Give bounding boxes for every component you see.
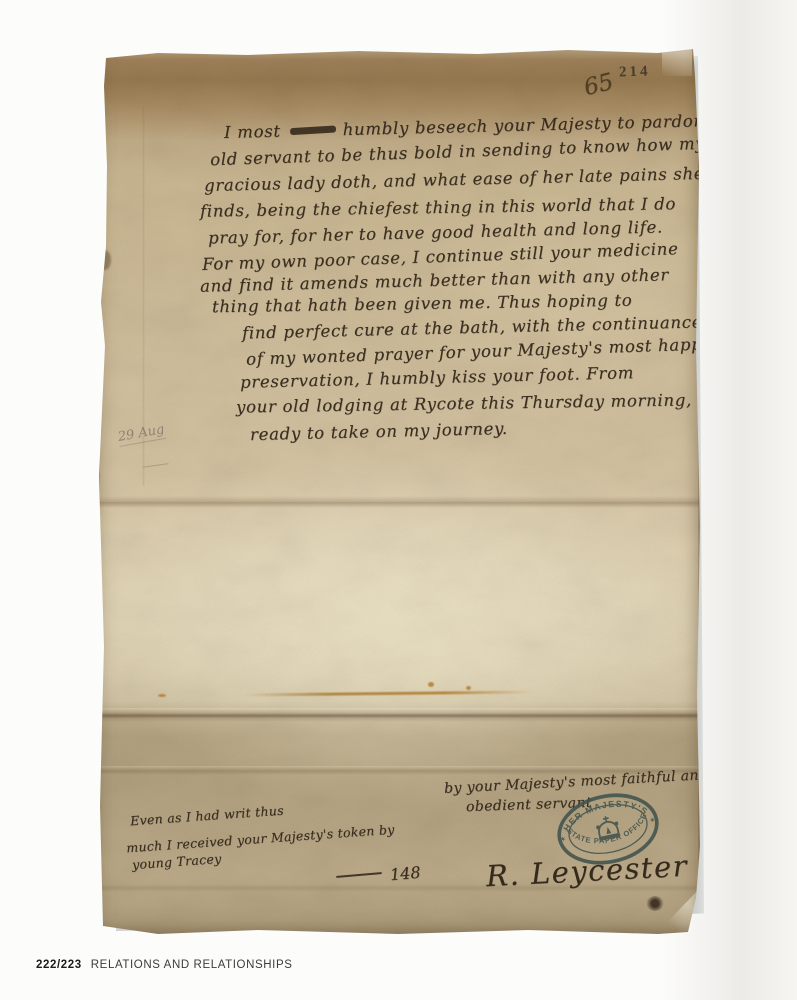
postscript-line: much I received your Majesty's token by — [126, 822, 395, 856]
rust-spot — [466, 686, 471, 690]
strikethrough-blot — [290, 125, 336, 135]
page-footer: 222/223RELATIONS AND RELATIONSHIPS — [36, 959, 293, 971]
rust-stain-streak — [243, 690, 533, 696]
letter-line: your old lodging at Rycote this Thursday… — [236, 390, 692, 416]
letter-line-rest: humbly beseech your Majesty to pardon yo… — [342, 109, 797, 139]
pencil-faint-mark — [141, 454, 168, 468]
letter-line: thing that hath been given me. Thus hopi… — [212, 291, 633, 317]
ink-stain — [646, 896, 664, 911]
edge-damage — [98, 250, 111, 270]
fold-crease-upper — [98, 496, 700, 508]
archival-number-stamp: 214 — [619, 63, 651, 81]
archival-number-ink: 65 — [581, 69, 616, 101]
letter-line-start: I most — [224, 122, 281, 142]
ink-dash — [336, 872, 382, 878]
postscript-line: Even as I had writ thus — [130, 803, 285, 829]
manuscript-letter-photo: 65 214 I mosthumbly beseech your Majesty… — [98, 46, 700, 936]
footer-page-numbers: 222/223 — [36, 959, 82, 971]
letter-line: finds, being the chiefest thing in this … — [200, 194, 676, 220]
letter-line: gracious lady doth, and what ease of her… — [204, 164, 705, 195]
fold-crease-lower — [98, 708, 700, 722]
rust-spot — [158, 694, 166, 697]
footer-section-title: RELATIONS AND RELATIONSHIPS — [91, 959, 293, 971]
star-separator-icon: ✶ — [559, 834, 567, 844]
folio-number: 148 — [389, 863, 421, 885]
rust-spot — [428, 682, 434, 687]
letter-line: preservation, I humbly kiss your foot. F… — [240, 363, 634, 392]
letter-closing-line: by your Majesty's most faithful and — [444, 767, 709, 797]
book-page-background: 65 214 I mosthumbly beseech your Majesty… — [0, 0, 797, 1000]
letter-line: ready to take on my journey. — [250, 419, 508, 444]
letter-line: I mosthumbly beseech your Majesty to par… — [224, 109, 797, 142]
top-edge-tear — [662, 46, 692, 76]
